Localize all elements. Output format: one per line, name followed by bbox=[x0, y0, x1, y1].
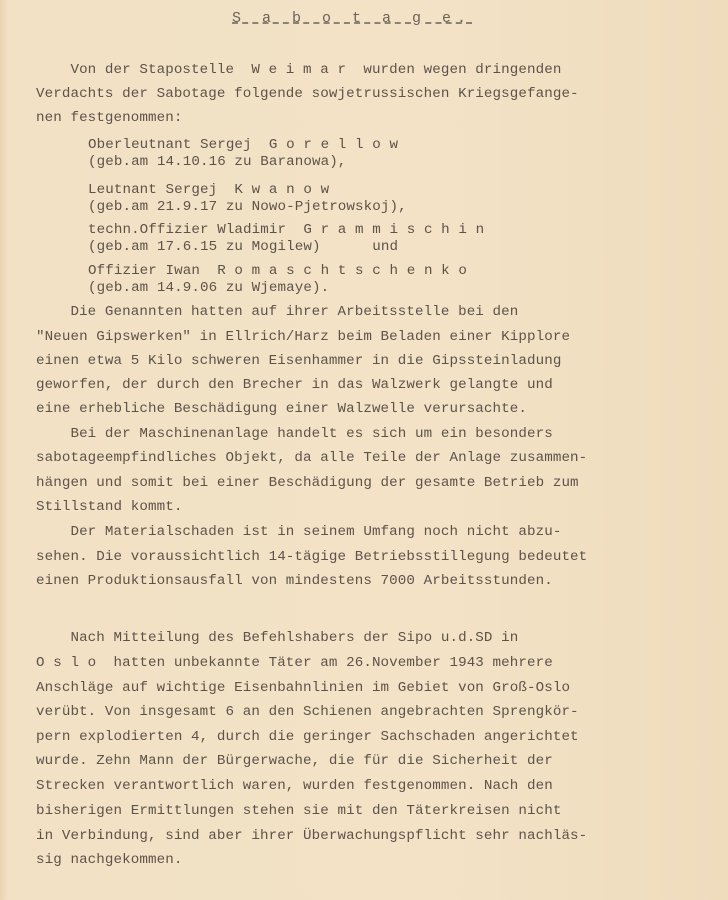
paragraph-line: eine erhebliche Beschädigung einer Walzw… bbox=[36, 401, 527, 417]
paragraph-line: sehen. Die voraussichtlich 14-tägige Bet… bbox=[36, 549, 587, 565]
typewritten-page: S a b o t a g e. Von der Stapostelle W e… bbox=[0, 0, 728, 900]
prisoner-name: techn.Offizier Wladimir G r a m m i s c … bbox=[88, 222, 484, 238]
paragraph-line: Der Materialschaden ist in seinem Umfang… bbox=[36, 524, 561, 540]
paragraph-line: einen etwa 5 Kilo schweren Eisenhammer i… bbox=[36, 353, 561, 369]
document-title: S a b o t a g e. bbox=[232, 10, 472, 27]
paragraph-line: pern explodierten 4, durch die geringer … bbox=[36, 729, 579, 745]
paragraph-line: sabotageempfindliches Objekt, da alle Te… bbox=[36, 450, 587, 466]
paragraph-line: bisherigen Ermittlungen stehen sie mit d… bbox=[36, 803, 561, 819]
paragraph-line: Anschläge auf wichtige Eisenbahnlinien i… bbox=[36, 680, 570, 696]
paragraph-line: verübt. Von insgesamt 6 an den Schienen … bbox=[36, 704, 579, 720]
paragraph-line: Strecken verantwortlich waren, wurden fe… bbox=[36, 778, 553, 794]
intro-line: Verdachts der Sabotage folgende sowjetru… bbox=[36, 86, 579, 102]
paragraph-line: wurde. Zehn Mann der Bürgerwache, die fü… bbox=[36, 753, 553, 769]
paragraph-line: Bei der Maschinenanlage handelt es sich … bbox=[36, 426, 553, 442]
paragraph-line: Stillstand kommt. bbox=[36, 499, 182, 515]
paragraph-line: in Verbindung, sind aber ihrer Überwachu… bbox=[36, 828, 587, 844]
paragraph-line: "Neuen Gipswerken" in Ellrich/Harz beim … bbox=[36, 329, 570, 345]
prisoner-name: Oberleutnant Sergej G o r e l l o w bbox=[88, 137, 398, 153]
paragraph-line: Nach Mitteilung des Befehlshabers der Si… bbox=[36, 630, 518, 646]
paragraph-line: geworfen, der durch den Brecher in das W… bbox=[36, 377, 553, 393]
paragraph-line: einen Produktionsausfall von mindestens … bbox=[36, 573, 553, 589]
prisoner-birth: (geb.am 14.10.16 zu Baranowa), bbox=[88, 154, 346, 170]
prisoner-name: Offizier Iwan R o m a s c h t s c h e n … bbox=[88, 263, 467, 279]
intro-line: nen festgenommen: bbox=[36, 110, 182, 126]
prisoner-name: Leutnant Sergej K w a n o w bbox=[88, 182, 329, 198]
prisoner-birth: (geb.am 21.9.17 zu Nowo-Pjetrowskoj), bbox=[88, 199, 407, 215]
paragraph-line: Die Genannten hatten auf ihrer Arbeitsst… bbox=[36, 304, 518, 320]
prisoner-birth: (geb.am 14.9.06 zu Wjemaye). bbox=[88, 280, 329, 296]
paragraph-line: hängen und somit bei einer Beschädigung … bbox=[36, 475, 579, 491]
paragraph-line: sig nachgekommen. bbox=[36, 852, 182, 868]
paragraph-line: O s l o hatten unbekannte Täter am 26.No… bbox=[36, 655, 553, 671]
intro-line: Von der Stapostelle W e i m a r wurden w… bbox=[36, 62, 561, 78]
prisoner-birth: (geb.am 17.6.15 zu Mogilew) und bbox=[88, 239, 398, 255]
